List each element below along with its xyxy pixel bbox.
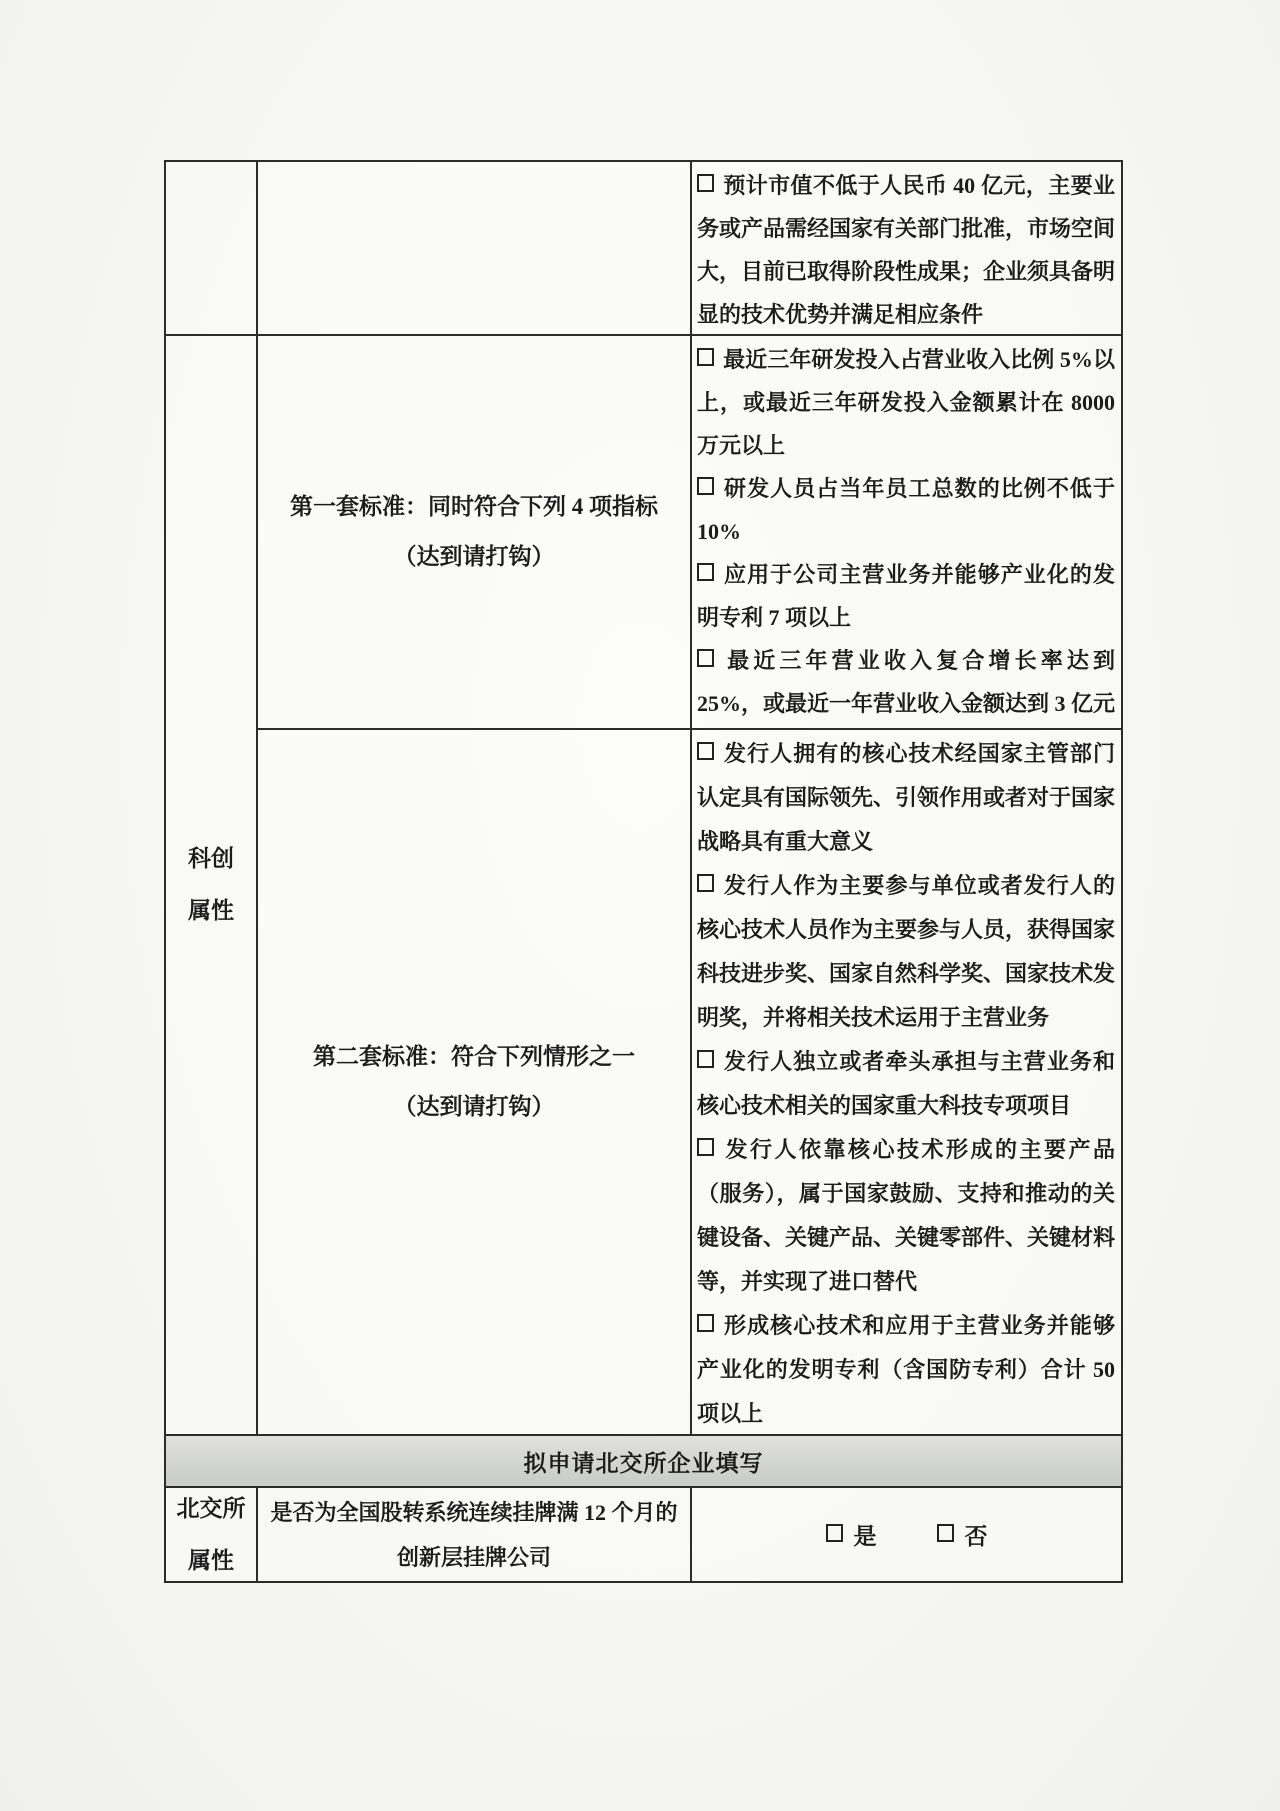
bse-question-text: 是否为全国股转系统连续挂牌满 12 个月的创新层挂牌公司 — [266, 1490, 682, 1580]
standard-1-note: （达到请打钩） — [394, 532, 555, 582]
market-cap-criterion-cell: 预计市值不低于人民币 40 亿元，主要业务或产品需经国家有关部门批准，市场空间大… — [692, 162, 1121, 334]
bse-answer-cell: 是 否 — [692, 1488, 1121, 1581]
criterion-text: 最近三年营业收入复合增长率达到 25%，或最近一年营业收入金额达到 3 亿元 — [697, 648, 1115, 716]
checkbox-icon[interactable] — [697, 348, 714, 366]
criterion-text: 应用于公司主营业务并能够产业化的发明专利 7 项以上 — [697, 562, 1115, 630]
no-option: 否 — [937, 1518, 988, 1551]
bse-banner-text: 拟申请北交所企业填写 — [524, 1445, 764, 1478]
criterion-item: 最近三年研发投入占营业收入比例 5%以上，或最近三年研发投入金额累计在 8000… — [697, 338, 1115, 467]
criterion-text: 预计市值不低于人民币 40 亿元，主要业务或产品需经国家有关部门批准，市场空间大… — [697, 173, 1115, 327]
criterion-item: 研发人员占当年员工总数的比例不低于 10% — [697, 467, 1115, 553]
standard-1-row: 第一套标准：同时符合下列 4 项指标 （达到请打钩） 最近三年研发投入占营业收入… — [258, 336, 1121, 730]
checkbox-icon[interactable] — [697, 742, 714, 760]
no-checkbox-icon[interactable] — [937, 1524, 954, 1542]
checkbox-icon[interactable] — [697, 1314, 714, 1332]
row-header-empty-cell — [166, 162, 258, 334]
checkbox-icon[interactable] — [697, 477, 714, 495]
standard-label-empty-cell — [258, 162, 692, 334]
criterion-item: 发行人作为主要参与单位或者发行人的核心技术人员作为主要参与人员，获得国家科技进步… — [697, 864, 1115, 1040]
standard-1-title: 第一套标准：同时符合下列 4 项指标 — [290, 482, 658, 532]
sci-tech-header-label: 科创属性 — [187, 833, 235, 937]
no-label: 否 — [965, 1524, 988, 1549]
sci-tech-attributes-group: 科创属性 第一套标准：同时符合下列 4 项指标 （达到请打钩） 最近三年研发投入… — [166, 336, 1121, 1436]
standard-2-label-cell: 第二套标准：符合下列情形之一 （达到请打钩） — [258, 730, 692, 1434]
criterion-text: 发行人独立或者牵头承担与主营业务和核心技术相关的国家重大科技专项项目 — [697, 1049, 1115, 1118]
listing-criteria-table: 预计市值不低于人民币 40 亿元，主要业务或产品需经国家有关部门批准，市场空间大… — [164, 160, 1123, 1583]
criterion-item: 发行人独立或者牵头承担与主营业务和核心技术相关的国家重大科技专项项目 — [697, 1040, 1115, 1128]
bse-question-cell: 是否为全国股转系统连续挂牌满 12 个月的创新层挂牌公司 — [258, 1488, 692, 1581]
criterion-text: 形成核心技术和应用于主营业务并能够产业化的发明专利（含国防专利）合计 50 项以… — [697, 1313, 1115, 1426]
criterion-item: 发行人依靠核心技术形成的主要产品（服务），属于国家鼓励、支持和推动的关键设备、关… — [697, 1128, 1115, 1304]
standard-2-row: 第二套标准：符合下列情形之一 （达到请打钩） 发行人拥有的核心技术经国家主管部门… — [258, 730, 1121, 1434]
yes-option: 是 — [826, 1518, 877, 1551]
criterion-text: 研发人员占当年员工总数的比例不低于 10% — [697, 476, 1115, 544]
standard-2-title: 第二套标准：符合下列情形之一 — [313, 1032, 635, 1082]
criterion-item: 发行人拥有的核心技术经国家主管部门认定具有国际领先、引领作用或者对于国家战略具有… — [697, 732, 1115, 864]
standard-2-criteria-cell: 发行人拥有的核心技术经国家主管部门认定具有国际领先、引领作用或者对于国家战略具有… — [692, 730, 1121, 1434]
checkbox-icon[interactable] — [697, 649, 714, 667]
standard-1-criteria-cell: 最近三年研发投入占营业收入比例 5%以上，或最近三年研发投入金额累计在 8000… — [692, 336, 1121, 728]
yes-label: 是 — [854, 1524, 877, 1549]
checkbox-icon[interactable] — [697, 563, 714, 581]
criterion-text: 发行人依靠核心技术形成的主要产品（服务），属于国家鼓励、支持和推动的关键设备、关… — [697, 1137, 1115, 1294]
sci-tech-standards: 第一套标准：同时符合下列 4 项指标 （达到请打钩） 最近三年研发投入占营业收入… — [258, 336, 1121, 1434]
checkbox-icon[interactable] — [697, 874, 714, 892]
row-header-bse: 北交所属性 — [166, 1488, 258, 1581]
yes-checkbox-icon[interactable] — [826, 1524, 843, 1542]
criterion-text: 最近三年研发投入占营业收入比例 5%以上，或最近三年研发投入金额累计在 8000… — [697, 347, 1115, 458]
row-header-sci-tech: 科创属性 — [166, 336, 258, 1434]
bse-section-banner: 拟申请北交所企业填写 — [166, 1436, 1121, 1488]
criterion-item: 最近三年营业收入复合增长率达到 25%，或最近一年营业收入金额达到 3 亿元 — [697, 639, 1115, 725]
criterion-text: 发行人拥有的核心技术经国家主管部门认定具有国际领先、引领作用或者对于国家战略具有… — [697, 741, 1115, 854]
criterion-text: 发行人作为主要参与单位或者发行人的核心技术人员作为主要参与人员，获得国家科技进步… — [697, 873, 1115, 1030]
criterion-item: 预计市值不低于人民币 40 亿元，主要业务或产品需经国家有关部门批准，市场空间大… — [697, 164, 1115, 336]
bse-listing-row: 北交所属性 是否为全国股转系统连续挂牌满 12 个月的创新层挂牌公司 是 否 — [166, 1488, 1121, 1581]
checkbox-icon[interactable] — [697, 1138, 714, 1156]
criterion-item: 形成核心技术和应用于主营业务并能够产业化的发明专利（含国防专利）合计 50 项以… — [697, 1304, 1115, 1436]
bse-header-label: 北交所属性 — [175, 1483, 247, 1587]
checkbox-icon[interactable] — [697, 174, 714, 192]
checkbox-icon[interactable] — [697, 1050, 714, 1068]
standard-2-note: （达到请打钩） — [394, 1082, 555, 1132]
criterion-item: 应用于公司主营业务并能够产业化的发明专利 7 项以上 — [697, 553, 1115, 639]
market-cap-criterion-row: 预计市值不低于人民币 40 亿元，主要业务或产品需经国家有关部门批准，市场空间大… — [166, 162, 1121, 336]
standard-1-label-cell: 第一套标准：同时符合下列 4 项指标 （达到请打钩） — [258, 336, 692, 728]
